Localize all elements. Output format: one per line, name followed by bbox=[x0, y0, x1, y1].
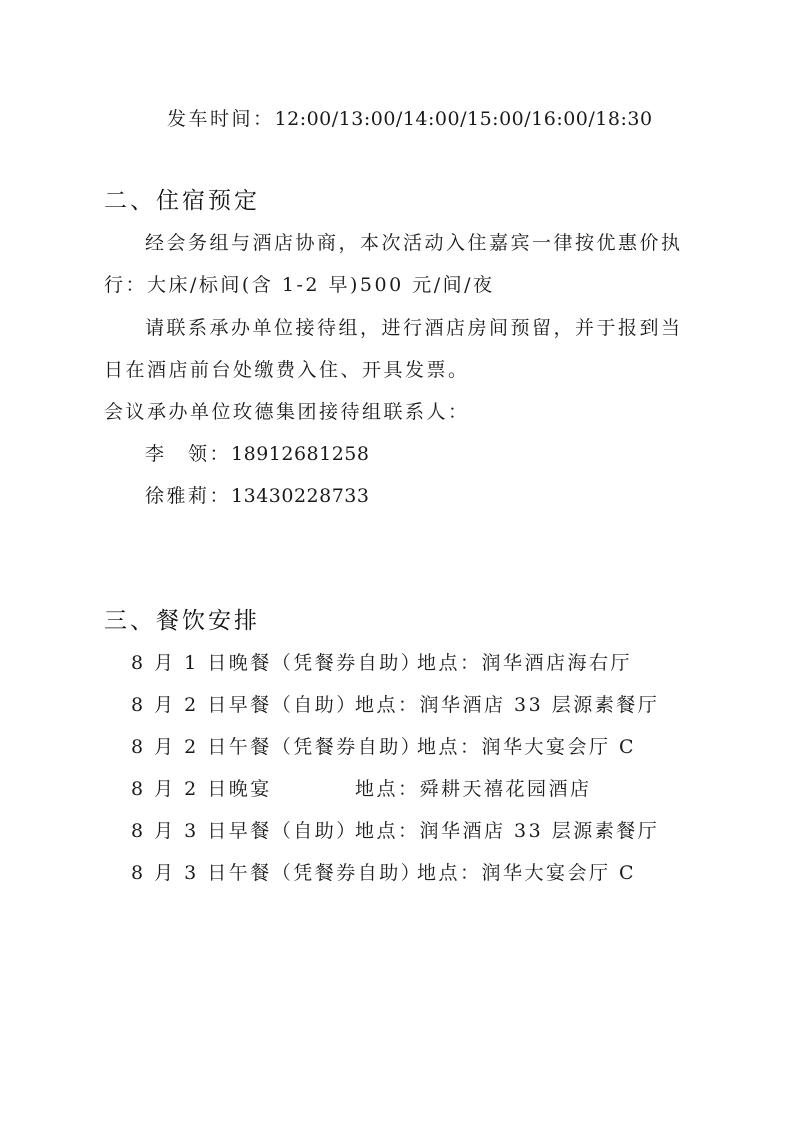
meal-location: 地点：润华大宴会厅 C bbox=[417, 861, 636, 885]
contacts-intro: 会议承办单位玫德集团接待组联系人： bbox=[104, 400, 470, 424]
meal-row: 8 月 3 日午餐（凭餐券自助） 地点：润华大宴会厅 C bbox=[131, 861, 422, 885]
contact-phone: 18912681258 bbox=[231, 443, 369, 465]
meal-time: 8 月 2 日早餐（自助） bbox=[131, 693, 358, 717]
shuttle-label: 发车时间： bbox=[167, 108, 275, 130]
meal-location: 地点：润华酒店 33 层源素餐厅 bbox=[355, 693, 659, 717]
meal-row: 8 月 3 日早餐（自助） 地点：润华酒店 33 层源素餐厅 bbox=[131, 819, 358, 843]
accommodation-para2-line2: 日在酒店前台处缴费入住、开具发票。 bbox=[104, 358, 470, 382]
accommodation-heading: 二、住宿预定 bbox=[104, 187, 260, 215]
meal-time: 8 月 1 日晚餐（凭餐券自助） bbox=[131, 651, 422, 675]
contact-phone: 13430228733 bbox=[231, 485, 369, 507]
meal-time: 8 月 2 日午餐（凭餐券自助） bbox=[131, 735, 422, 759]
meal-location: 地点：润华大宴会厅 C bbox=[417, 735, 636, 759]
meal-location: 地点：润华酒店 33 层源素餐厅 bbox=[355, 819, 659, 843]
contact-row: 李 领：18912681258 bbox=[145, 442, 370, 466]
meal-row: 8 月 2 日晚宴 地点：舜耕天禧花园酒店 bbox=[131, 777, 272, 801]
contact-name: 徐雅莉： bbox=[145, 485, 231, 507]
meal-time: 8 月 3 日早餐（自助） bbox=[131, 819, 358, 843]
contact-name: 李 领： bbox=[145, 443, 231, 465]
meal-time: 8 月 3 日午餐（凭餐券自助） bbox=[131, 861, 422, 885]
meal-location: 地点：润华酒店海右厅 bbox=[417, 651, 632, 675]
shuttle-times-line: 发车时间：12:00/13:00/14:00/15:00/16:00/18:30 bbox=[167, 107, 653, 131]
meal-location: 地点：舜耕天禧花园酒店 bbox=[355, 777, 592, 801]
accommodation-para2-line1: 请联系承办单位接待组，进行酒店房间预留，并于报到当 bbox=[145, 316, 683, 340]
meal-row: 8 月 2 日早餐（自助） 地点：润华酒店 33 层源素餐厅 bbox=[131, 693, 358, 717]
meal-time: 8 月 2 日晚宴 bbox=[131, 777, 272, 801]
shuttle-times: 12:00/13:00/14:00/15:00/16:00/18:30 bbox=[275, 108, 653, 130]
accommodation-para1-line1: 经会务组与酒店协商，本次活动入住嘉宾一律按优惠价执 bbox=[145, 231, 683, 255]
catering-heading: 三、餐饮安排 bbox=[104, 607, 260, 635]
accommodation-para1-line2: 行：大床/标间(含 1-2 早)500 元/间/夜 bbox=[104, 273, 495, 297]
meal-row: 8 月 2 日午餐（凭餐券自助） 地点：润华大宴会厅 C bbox=[131, 735, 422, 759]
meal-row: 8 月 1 日晚餐（凭餐券自助） 地点：润华酒店海右厅 bbox=[131, 651, 422, 675]
contact-row: 徐雅莉：13430228733 bbox=[145, 484, 370, 508]
